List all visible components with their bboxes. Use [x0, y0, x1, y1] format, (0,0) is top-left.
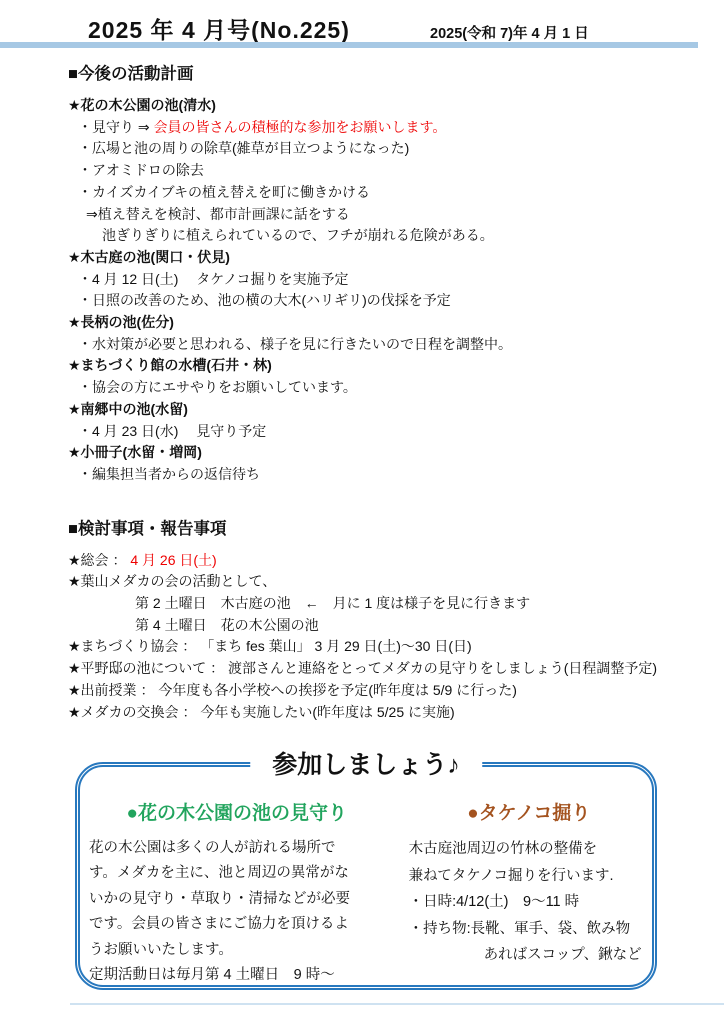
text-segment: ・カイズカイブキの植え替えを町に働きかける	[78, 184, 370, 200]
text-segment: ★まちづくり協会 ： 「まち fes 葉山」 3 月 29 日(土)～30 日(…	[68, 638, 472, 654]
text-line: ⇒植え替えを検討、都市計画課に話をする	[68, 204, 688, 226]
text-line: ・4 月 12 日(土) タケノコ掘りを実施予定	[68, 269, 688, 291]
text-line: ・見守り ⇒ 会員の皆さんの積極的な参加をお願いします。	[68, 117, 688, 139]
text-line: ★まちづくり館の水槽(石井・林)	[68, 355, 688, 377]
text-segment: ・見守り ⇒	[78, 119, 154, 135]
text-line: ★木古庭の池(関口・伏見)	[68, 247, 688, 269]
text-segment: 木古庭池周辺の竹林の整備を	[409, 841, 598, 857]
text-segment: ・日時:4/12(土) 9～11 時	[409, 894, 580, 910]
text-segment: 花の木公園は多くの人が訪れる場所で	[89, 840, 336, 856]
section-future-plans: ■今後の活動計画 ★花の木公園の池(清水)・見守り ⇒ 会員の皆さんの積極的な参…	[68, 60, 688, 486]
header-rule	[0, 42, 698, 48]
text-segment: ・持ち物:長靴、軍手、袋、飲み物	[409, 921, 631, 937]
text-line: ★出前授業 ： 今年度も各小学校への挨拶を予定(昨年度は 5/9 に行った)	[68, 680, 688, 702]
text-line: あればスコップ、鍬など	[409, 942, 649, 969]
column-heading: ●タケノコ掘り	[409, 798, 649, 825]
highlighted-text: 4 月 26 日(土)	[130, 552, 216, 568]
text-line: ・水対策が必要と思われる、様子を見に行きたいので日程を調整中。	[68, 334, 688, 356]
text-segment: ★平野邸の池について ： 渡部さんと連絡をとってメダカの見守りをしましょう(日程…	[68, 660, 657, 676]
text-segment: ★メダカの交換会 ： 今年も実施したい(昨年度は 5/25 に実施)	[68, 704, 455, 720]
activity-lines: ★花の木公園の池(清水)・見守り ⇒ 会員の皆さんの積極的な参加をお願いします。…	[68, 95, 688, 486]
text-line: いかの見守り・草取り・清掃などが必要	[89, 887, 385, 912]
text-line: ★メダカの交換会 ： 今年も実施したい(昨年度は 5/25 に実施)	[68, 702, 688, 724]
text-line: 木古庭池周辺の竹林の整備を	[409, 836, 649, 863]
text-line: ★長柄の池(佐分)	[68, 312, 688, 334]
section-heading: ■今後の活動計画	[68, 60, 688, 84]
text-line: す。メダカを主に、池と周辺の異常がな	[89, 861, 385, 886]
issue-date: 2025(令和 7)年 4 月 1 日	[430, 22, 589, 43]
newsletter-body: ■今後の活動計画 ★花の木公園の池(清水)・見守り ⇒ 会員の皆さんの積極的な参…	[68, 60, 688, 723]
text-segment: ★小冊子(水留・増岡)	[68, 444, 202, 460]
text-line: ★花の木公園の池(清水)	[68, 95, 688, 117]
highlighted-text: 会員の皆さんの積極的な参加をお願いします。	[154, 119, 447, 135]
text-segment: 兼ねてタケノコ掘りを行います.	[409, 868, 614, 884]
text-line: ・広場と池の周りの除草(雑草が目立つようになった)	[68, 138, 688, 160]
text-segment: ・編集担当者からの返信待ち	[78, 466, 260, 482]
text-line: ★小冊子(水留・増岡)	[68, 442, 688, 464]
text-line: ・アオミドロの除去	[68, 160, 688, 182]
text-line: ★南郷中の池(水留)	[68, 399, 688, 421]
text-line: 第 4 土曜日 花の木公園の池	[68, 615, 688, 637]
text-line: ★平野邸の池について ： 渡部さんと連絡をとってメダカの見守りをしましょう(日程…	[68, 658, 688, 680]
text-line: 兼ねてタケノコ掘りを行います.	[409, 863, 649, 890]
text-segment: ・協会の方にエサやりをお願いしています。	[78, 379, 357, 395]
section-discussion: ■検討事項・報告事項 ★総会 ： 4 月 26 日(土)★葉山メダカの会の活動と…	[68, 515, 688, 724]
text-line: です。会員の皆さまにご協力を頂けるよ	[89, 912, 385, 937]
text-segment: ・広場と池の周りの除草(雑草が目立つようになった)	[78, 140, 409, 156]
text-segment: うお願いいたします。	[89, 942, 233, 958]
discussion-lines: ★総会 ： 4 月 26 日(土)★葉山メダカの会の活動として、第 2 土曜日 …	[68, 550, 688, 724]
text-segment: ・4 月 23 日(水) 見守り予定	[78, 423, 266, 439]
column-heading: ●花の木公園の池の見守り	[89, 798, 385, 825]
text-segment: 第 2 土曜日 木古庭の池 ← 月に 1 度は様子を見に行きます	[135, 595, 530, 611]
participation-box: 参加しましょう♪ ●花の木公園の池の見守り 花の木公園は多くの人が訪れる場所です…	[75, 762, 657, 990]
column-bamboo-digging: ●タケノコ掘り 木古庭池周辺の竹林の整備を兼ねてタケノコ掘りを行います.・日時:…	[409, 798, 649, 988]
text-line: ・4 月 23 日(水) 見守り予定	[68, 421, 688, 443]
text-segment: ★花の木公園の池(清水)	[68, 97, 216, 113]
text-segment: ・日照の改善のため、池の横の大木(ハリギリ)の伐採を予定	[78, 292, 451, 308]
column-lines: 花の木公園は多くの人が訪れる場所です。メダカを主に、池と周辺の異常がないかの見守…	[89, 836, 385, 988]
text-segment: ★出前授業 ： 今年度も各小学校への挨拶を予定(昨年度は 5/9 に行った)	[68, 682, 517, 698]
section-heading: ■検討事項・報告事項	[68, 515, 688, 539]
text-segment: 池ぎりぎりに植えられているので、フチが崩れる危険がある。	[102, 227, 494, 243]
text-line: ・日時:4/12(土) 9～11 時	[409, 889, 649, 916]
text-segment: ★南郷中の池(水留)	[68, 401, 188, 417]
text-segment: す。メダカを主に、池と周辺の異常がな	[89, 865, 349, 881]
text-segment: ★葉山メダカの会の活動として、	[68, 573, 276, 589]
text-segment: いかの見守り・草取り・清掃などが必要	[89, 891, 350, 907]
text-segment: ・4 月 12 日(土) タケノコ掘りを実施予定	[78, 271, 349, 287]
text-line: ・編集担当者からの返信待ち	[68, 464, 688, 486]
text-line: ★総会 ： 4 月 26 日(土)	[68, 550, 688, 572]
text-segment: ★まちづくり館の水槽(石井・林)	[68, 357, 272, 373]
column-lines: 木古庭池周辺の竹林の整備を兼ねてタケノコ掘りを行います.・日時:4/12(土) …	[409, 836, 649, 969]
bottom-rule	[70, 1003, 724, 1005]
text-line: ★葉山メダカの会の活動として、	[68, 571, 688, 593]
text-line: うお願いいたします。	[89, 938, 385, 963]
text-segment: あればスコップ、鍬など	[484, 947, 642, 963]
text-line: 第 2 土曜日 木古庭の池 ← 月に 1 度は様子を見に行きます	[68, 593, 688, 615]
text-segment: です。会員の皆さまにご協力を頂けるよ	[89, 916, 349, 932]
text-segment: ★木古庭の池(関口・伏見)	[68, 249, 230, 265]
text-line: ・カイズカイブキの植え替えを町に働きかける	[68, 182, 688, 204]
text-segment: 第 4 土曜日 花の木公園の池	[135, 617, 319, 633]
text-line: ・協会の方にエサやりをお願いしています。	[68, 377, 688, 399]
text-segment: ★長柄の池(佐分)	[68, 314, 174, 330]
text-line: ・日照の改善のため、池の横の大木(ハリギリ)の伐採を予定	[68, 290, 688, 312]
issue-title: 2025 年 4 月号(No.225)	[88, 12, 350, 45]
newsletter-page: 2025 年 4 月号(No.225) 2025(令和 7)年 4 月 1 日 …	[0, 0, 724, 1024]
text-segment: ⇒植え替えを検討、都市計画課に話をする	[86, 206, 350, 222]
text-line: ★まちづくり協会 ： 「まち fes 葉山」 3 月 29 日(土)～30 日(…	[68, 636, 688, 658]
text-line: ・持ち物:長靴、軍手、袋、飲み物	[409, 916, 649, 943]
participation-columns: ●花の木公園の池の見守り 花の木公園は多くの人が訪れる場所です。メダカを主に、池…	[75, 762, 657, 988]
text-line: 定期活動日は毎月第 4 土曜日 9 時～	[89, 963, 385, 988]
text-segment: ★総会 ：	[68, 552, 130, 568]
text-line: 池ぎりぎりに植えられているので、フチが崩れる危険がある。	[68, 225, 688, 247]
column-pond-watch: ●花の木公園の池の見守り 花の木公園は多くの人が訪れる場所です。メダカを主に、池…	[89, 798, 385, 988]
text-line: 花の木公園は多くの人が訪れる場所で	[89, 836, 385, 861]
text-segment: ・水対策が必要と思われる、様子を見に行きたいので日程を調整中。	[78, 336, 512, 352]
text-segment: ・アオミドロの除去	[78, 162, 204, 178]
text-segment: 定期活動日は毎月第 4 土曜日 9 時～	[89, 967, 335, 983]
